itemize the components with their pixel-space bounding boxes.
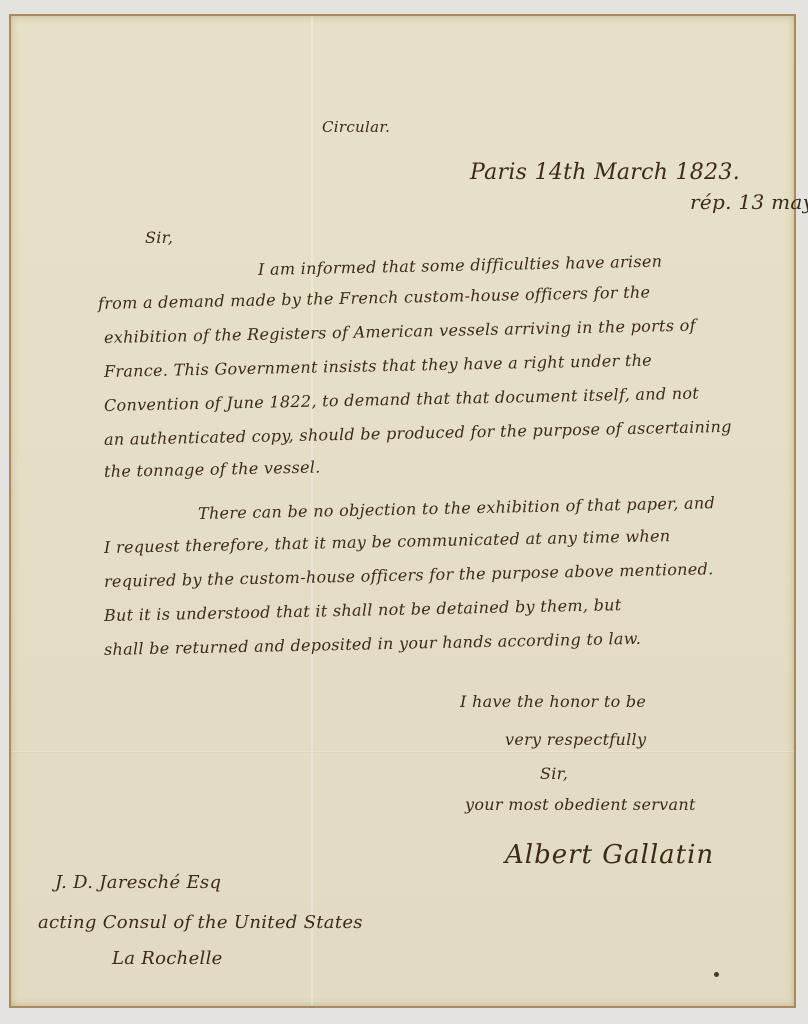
addressee-name: J. D. Jaresché Esq (55, 872, 221, 893)
letter-heading: Circular. (322, 118, 390, 136)
place-date: Paris 14th March 1823. (470, 160, 740, 185)
ink-spot (714, 972, 719, 977)
addressee-location: La Rochelle (112, 948, 223, 969)
closing-line: your most obedient servant (465, 795, 696, 814)
closing-line: Sir, (540, 764, 568, 783)
closing-line: very respectfully (505, 730, 646, 749)
salutation: Sir, (145, 228, 173, 247)
signature: Albert Gallatin (505, 840, 714, 870)
paper-fold-horizontal (11, 751, 794, 753)
closing-line: I have the honor to be (460, 692, 646, 711)
addressee-title: acting Consul of the United States (38, 912, 363, 933)
received-note: rép. 13 may (690, 190, 808, 214)
